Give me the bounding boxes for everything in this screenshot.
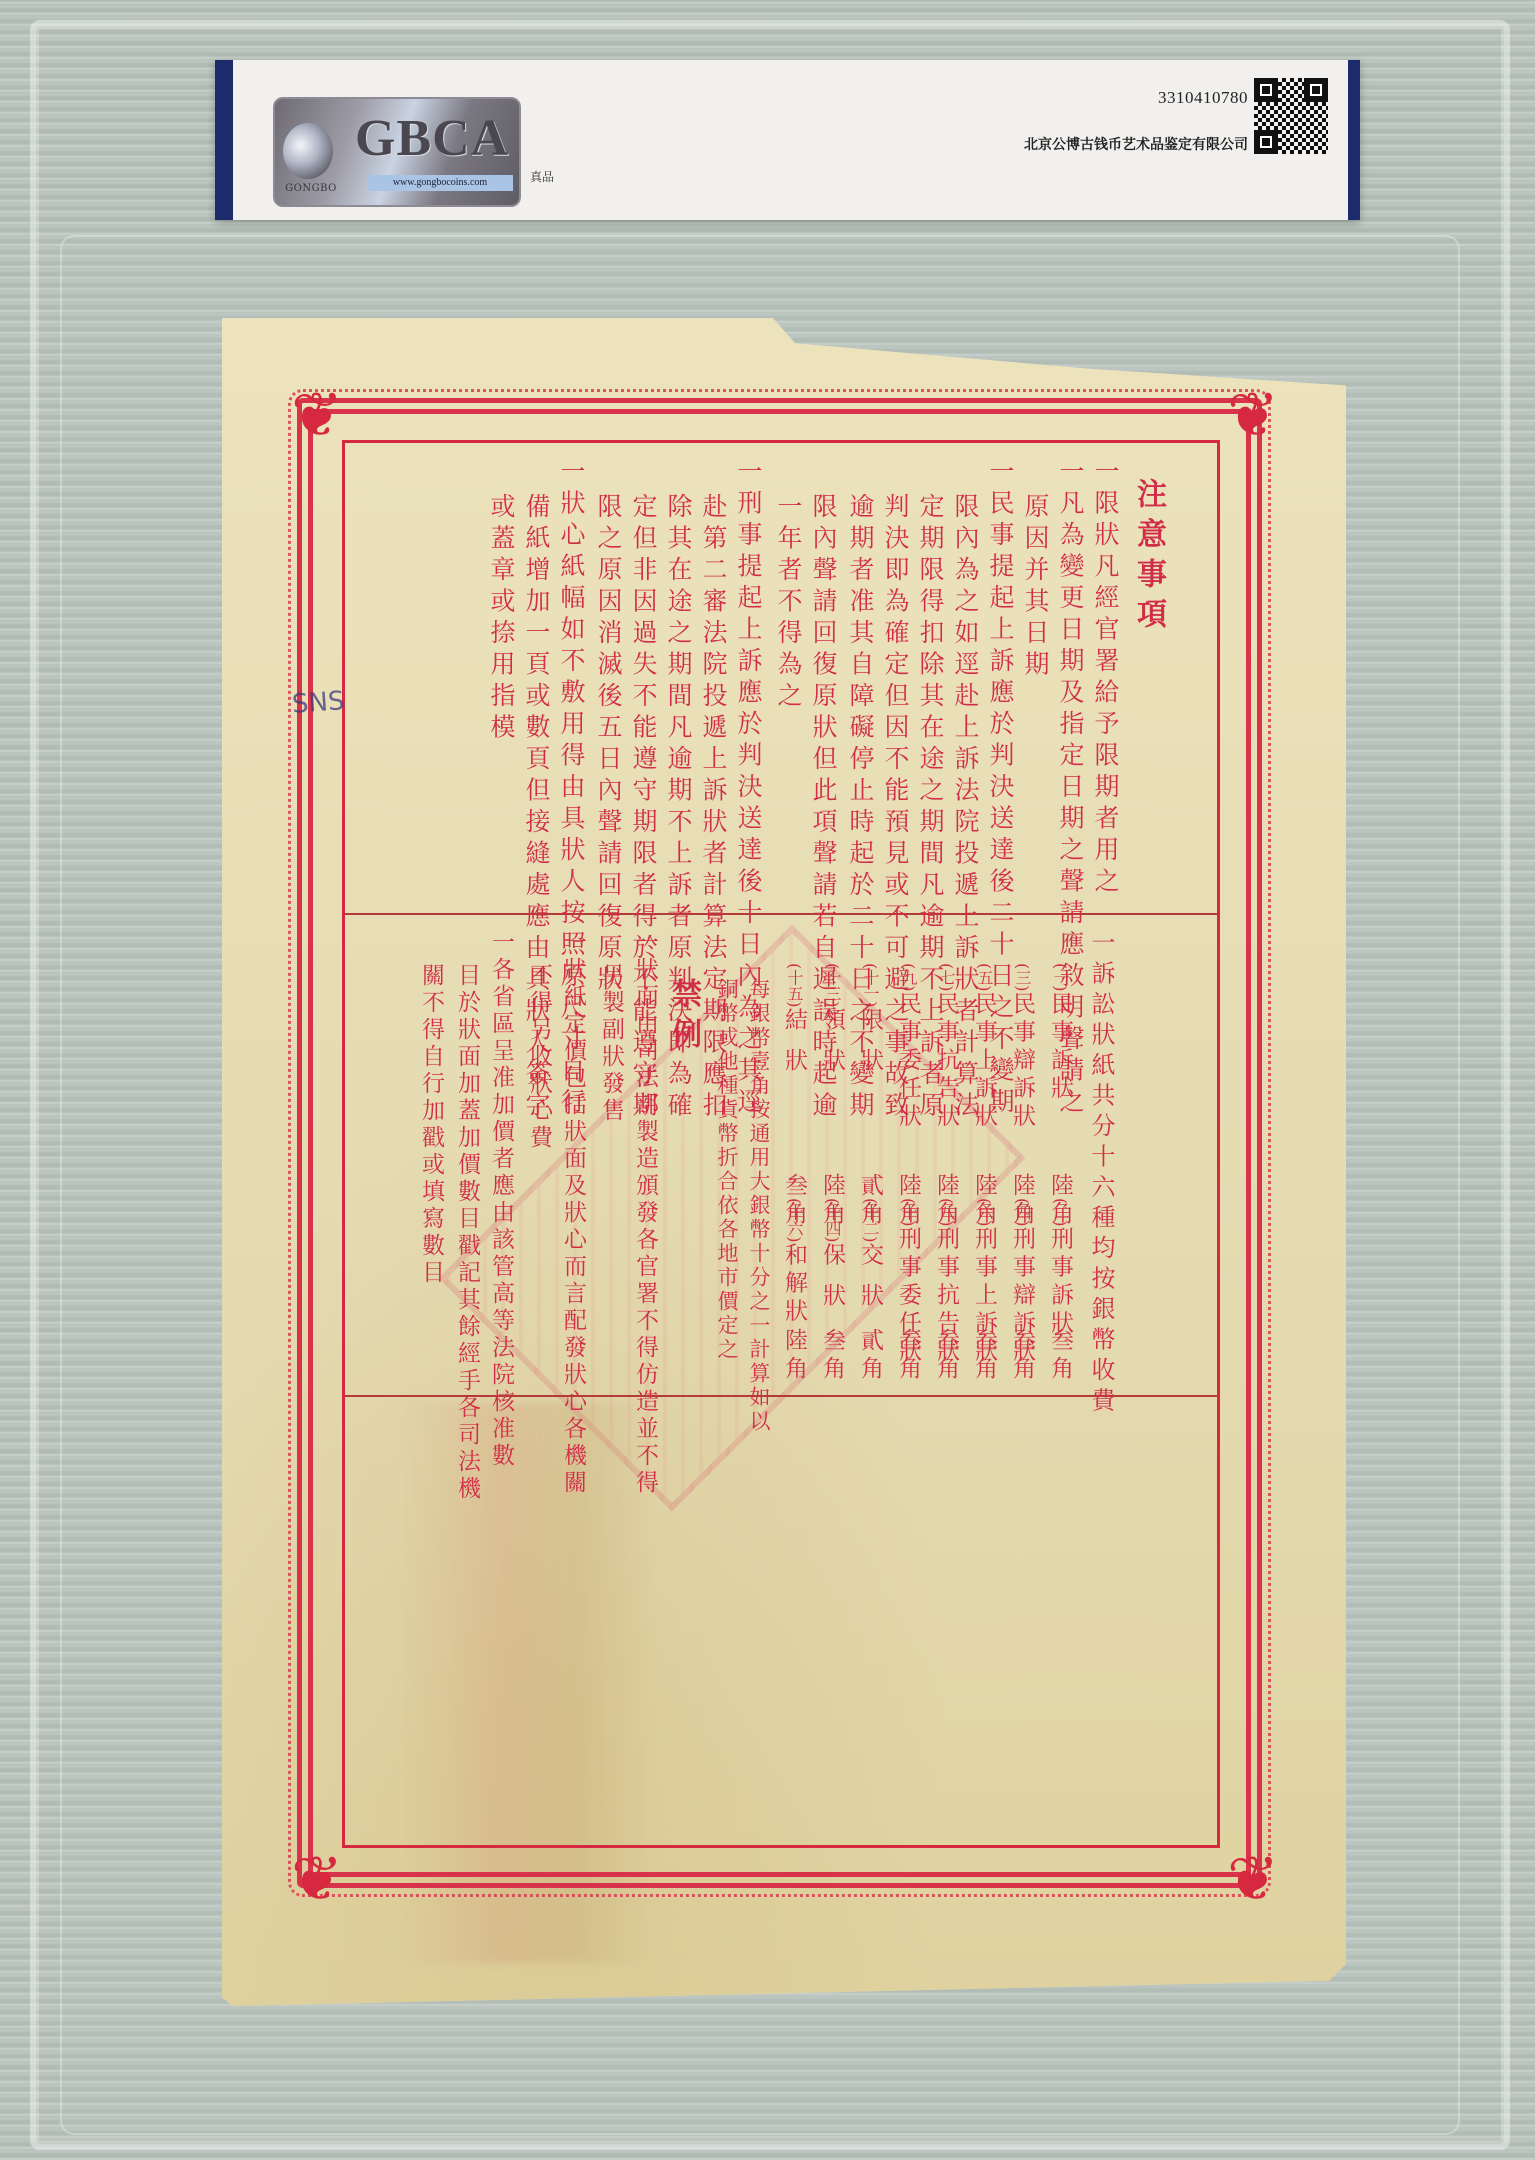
hologram-url: www.gongbocoins.com [367, 175, 513, 191]
fee-item: (三)民事辯訴狀 [1004, 963, 1040, 1131]
company-name: 北京公博古钱币艺术品鉴定有限公司 [1024, 134, 1248, 154]
hologram-brand: GONGBO [279, 183, 343, 194]
cert-number: 3310410780 [1158, 88, 1248, 108]
document-paper: ❦ ❦ ❦ ❦ SNS 注意事項 一限狀凡經官署給予限期者用之 一凡為變更日期及… [222, 318, 1346, 2006]
note-line: 或蓋章或捺用指模 [480, 493, 522, 745]
prohibition-line: 目於狀面加蓋加價數目戳記其餘經手各司法機 [446, 963, 488, 1503]
fee-note: 銅幣或他種貨幣折合依各地市價定之 [710, 978, 744, 1362]
note-line: 限之原因消滅後五日內聲請回復原狀 [587, 493, 629, 997]
corner-ornament-icon: ❦ [1218, 1844, 1288, 1914]
fee-item: (十五)結 狀 [776, 963, 812, 1076]
coin-emblem-icon [283, 123, 333, 179]
fee-note: 每銀幣壹角按通用大銀幣十分之一計算如以 [742, 978, 776, 1434]
grading-label: GONGBO GBCA www.gongbocoins.com 真品 33104… [215, 60, 1360, 220]
hologram-title: GBCA [355, 109, 509, 168]
fee-price: 貳角 [852, 1328, 888, 1384]
prohibitions-title: 禁例 [662, 978, 704, 1058]
fee-price: 叁角 [1004, 1328, 1040, 1384]
qr-code-icon[interactable] [1254, 78, 1328, 154]
fee-item: (一)民事訴狀 [1042, 963, 1078, 1103]
fee-item: (二)刑事訴狀 [1042, 1198, 1078, 1338]
fee-item: (七)民事抗告狀 [928, 963, 964, 1131]
fee-price: 叁角 [928, 1328, 964, 1384]
fee-item: (十四)保 狀 [814, 1198, 850, 1311]
notes-title: 注意事項 [1127, 478, 1169, 638]
fee-item: (九)民事委任狀 [890, 963, 926, 1131]
fee-price: 叁角 [966, 1328, 1002, 1384]
prohibition-line: 不得另收狀心費 [518, 963, 560, 1152]
fee-price: 陸角 [776, 1328, 812, 1384]
fee-item: (五)民事上訴狀 [966, 963, 1002, 1131]
hologram-sticker: GONGBO GBCA www.gongbocoins.com [273, 97, 521, 207]
grade-text: 真品 [530, 168, 554, 185]
fee-item: (十三)領 狀 [814, 963, 850, 1076]
fee-price: 叁角 [814, 1328, 850, 1384]
corner-ornament-icon: ❦ [1218, 380, 1288, 450]
fee-intro: 一訴訟狀紙共分十六種均按銀幣收費 [1080, 930, 1122, 1418]
fee-item: (十二)交 狀 [852, 1198, 888, 1311]
fee-price: 叁角 [890, 1328, 926, 1384]
fee-price: 叁角 [1042, 1328, 1078, 1384]
corner-ornament-icon: ❦ [282, 1844, 352, 1914]
fee-item: (十六)和解狀 [776, 1198, 812, 1326]
prohibition-line: 另製副狀發售 [590, 963, 632, 1125]
handwritten-mark: SNS [291, 686, 345, 720]
corner-ornament-icon: ❦ [282, 380, 352, 450]
prohibition-line: 關不得自行加戳或填寫數目 [410, 963, 452, 1287]
note-line: 一年者不得為之 [767, 493, 809, 714]
fee-item: (十一)限 狀 [852, 963, 888, 1076]
